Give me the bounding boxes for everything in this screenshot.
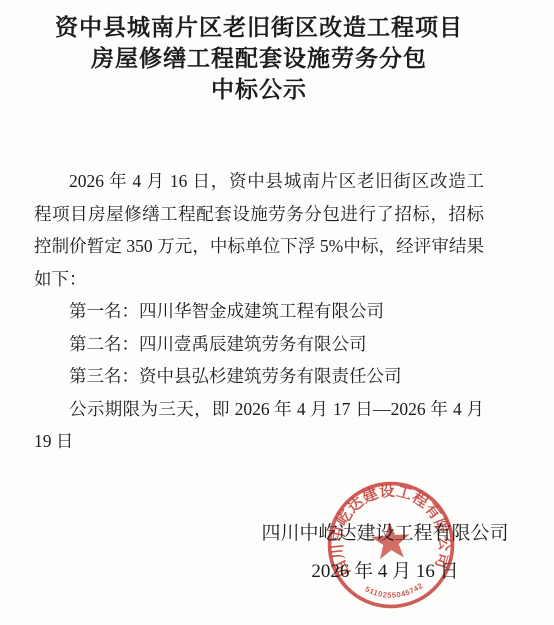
- rank-2-line: 第二名：四川壹禹辰建筑劳务有限公司: [34, 328, 484, 361]
- document-title-line3: 中标公示: [34, 74, 484, 105]
- signature-block: 四川中屹达建设工程有限公司 2026 年 4 月 16 日: [258, 515, 512, 591]
- document-body: 2026 年 4 月 16 日，资中县城南片区老旧街区改造工程项目房屋修缮工程配…: [34, 165, 484, 458]
- rank-3-line: 第三名：资中县弘杉建筑劳务有限责任公司: [34, 360, 484, 393]
- signature-company: 四川中屹达建设工程有限公司: [258, 515, 512, 553]
- publicity-period-paragraph: 公示期限为三天，即 2026 年 4 月 17 日—2026 年 4 月 19 …: [34, 393, 484, 458]
- rank-1-line: 第一名：四川华智金成建筑工程有限公司: [34, 295, 484, 328]
- document-title-line2: 房屋修缮工程配套设施劳务分包: [34, 43, 484, 74]
- document-page: { "doc": { "title_lines": [ "资中县城南片区老旧街区…: [0, 0, 554, 625]
- intro-paragraph: 2026 年 4 月 16 日，资中县城南片区老旧街区改造工程项目房屋修缮工程配…: [34, 165, 484, 295]
- document-title: 资中县城南片区老旧街区改造工程项目 房屋修缮工程配套设施劳务分包 中标公示: [34, 12, 484, 105]
- document-title-line1: 资中县城南片区老旧街区改造工程项目: [34, 12, 484, 43]
- signature-date: 2026 年 4 月 16 日: [258, 553, 512, 591]
